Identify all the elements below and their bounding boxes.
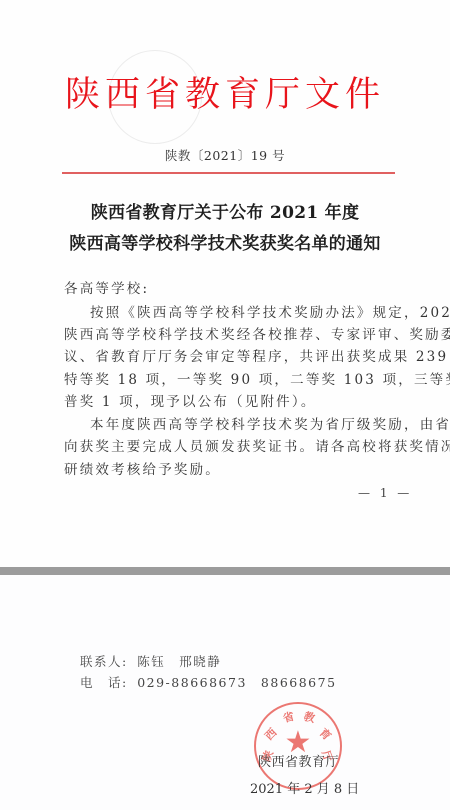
document-page-2 [0,575,450,810]
page-number: — 1 — [358,486,412,500]
paragraph-2-line-2: 向获奖主要完成人员颁发获奖证书。请各高校将获奖情况纳入科 [64,438,398,456]
issue-date: 2021 年 2 月 8 日 [250,778,359,797]
paragraph-2-line-1: 本年度陕西高等学校科学技术奖为省厅级奖励，由省教育厅 [90,416,398,434]
paragraph-1-line-3: 议、省教育厅厅务会审定等程序，共评出获奖成果 239 项，其中 [64,348,398,366]
document-number: 陕教〔2021〕19 号 [0,146,450,164]
salutation: 各高等学校: [64,280,398,298]
contact-person-names: 陈钰 邢晓静 [137,654,221,669]
paragraph-1-line-5: 普奖 1 项，现予以公布（见附件）。 [64,393,398,411]
paragraph-1-line-2: 陕西高等学校科学技术奖经各校推荐、专家评审、奖励委员会审 [64,326,398,344]
red-divider-rule [62,172,395,174]
contact-phone-numbers: 029-88668673 88668675 [137,675,336,690]
paragraph-1-line-4: 特等奖 18 项，一等奖 90 项，二等奖 103 项，三等奖 27 项，科 [64,371,398,389]
document-page-1: 陕西省教育厅文件 陕教〔2021〕19 号 陕西省教育厅关于公布 2021 年度… [0,0,450,567]
contact-person-row: 联系人: 陈钰 邢晓静 [80,652,221,670]
contact-person-label: 联系人: [80,654,128,669]
seal-char: 教 [302,708,317,726]
notice-title-line-1: 陕西省教育厅关于公布 2021 年度 [0,198,450,223]
contact-phone-row: 电 话: 029-88668673 88668675 [80,673,337,691]
issuer-signature: 陕西省教育厅 [258,751,339,770]
paragraph-1-line-1: 按照《陕西高等学校科学技术奖励办法》规定，2021 年度 [90,304,398,322]
official-seal: 陕 西 省 教 育 厅 ★ [254,702,342,790]
issuer-banner: 陕西省教育厅文件 [0,74,450,116]
page-separator [0,567,450,575]
notice-title-line-2: 陕西高等学校科学技术奖获奖名单的通知 [0,229,450,254]
seal-char: 省 [281,708,296,726]
paragraph-2-line-3: 研绩效考核给予奖励。 [64,461,398,479]
contact-phone-label: 电 话: [80,675,128,690]
